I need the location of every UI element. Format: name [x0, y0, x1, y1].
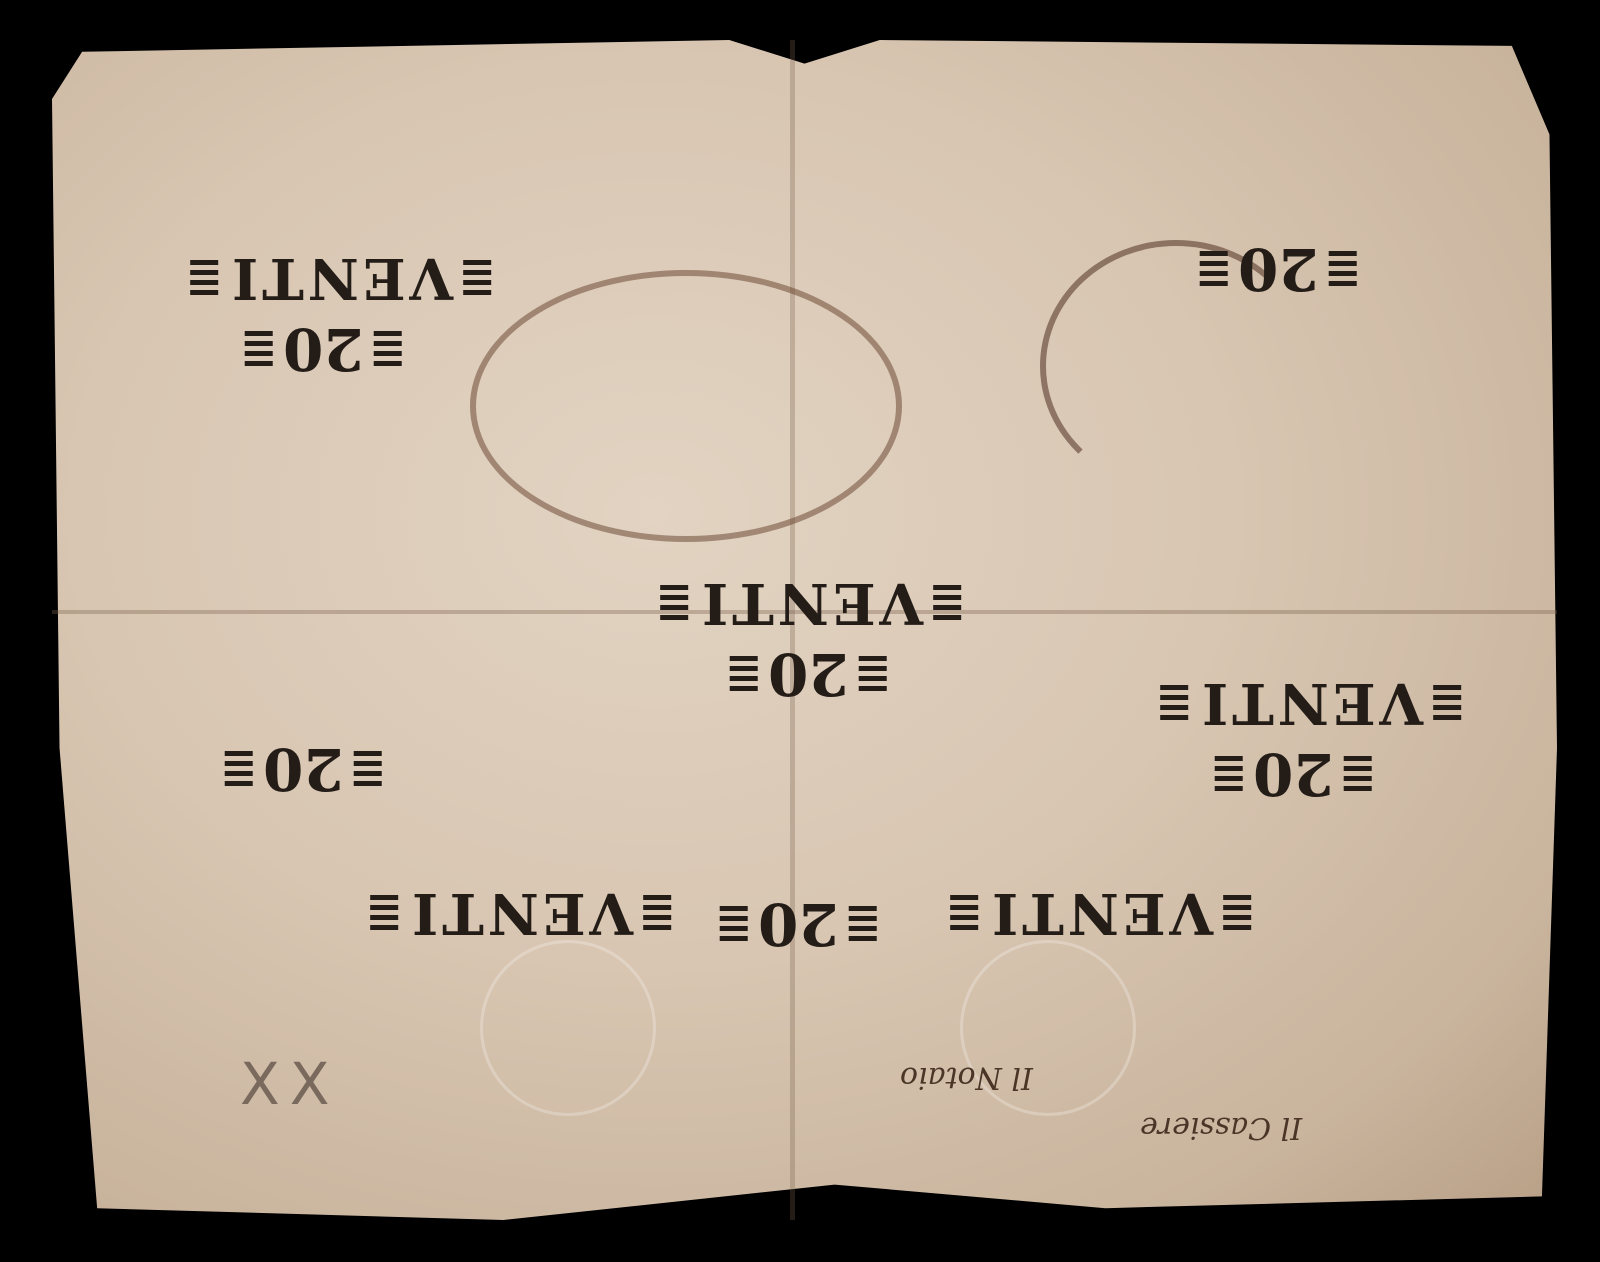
twenty-stamp: 20	[1215, 745, 1372, 803]
decorative-bars-icon	[1160, 686, 1188, 721]
decorative-bars-icon	[660, 586, 688, 621]
stamp-word: VENTI	[698, 575, 923, 631]
stamp-word: VENTI	[988, 885, 1213, 941]
ink-stain-swirl	[470, 270, 902, 542]
decorative-bars-icon	[950, 896, 978, 931]
decorative-bars-icon	[463, 261, 491, 296]
stamp-number: 20	[1253, 745, 1334, 803]
venti-stamp: VENTI	[1160, 675, 1461, 731]
venti-stamp: VENTI	[370, 885, 671, 941]
decorative-bars-icon	[720, 907, 748, 942]
handwritten-signature: Il Notaio	[900, 1060, 1033, 1095]
decorative-bars-icon	[1223, 896, 1251, 931]
stamp-word: VENTI	[228, 250, 453, 306]
decorative-bars-icon	[1329, 252, 1357, 287]
decorative-bars-icon	[245, 332, 273, 367]
xx-marks: XX	[240, 1050, 339, 1118]
decorative-bars-icon	[370, 896, 398, 931]
decorative-bars-icon	[1215, 757, 1243, 792]
decorative-bars-icon	[859, 657, 887, 692]
twenty-stamp: 20	[245, 320, 402, 378]
stamp-number: 20	[1238, 240, 1319, 298]
venti-stamp: VENTI	[660, 575, 961, 631]
venti-stamp: VENTI	[950, 885, 1251, 941]
decorative-bars-icon	[1344, 757, 1372, 792]
stamp-number: 20	[758, 895, 839, 953]
decorative-bars-icon	[1433, 686, 1461, 721]
stamp-number: 20	[768, 645, 849, 703]
twenty-stamp: 20	[225, 740, 382, 798]
decorative-bars-icon	[849, 907, 877, 942]
stamp-number: 20	[283, 320, 364, 378]
stamp-word: VENTI	[408, 885, 633, 941]
decorative-bars-icon	[374, 332, 402, 367]
embossed-seal-left	[480, 940, 656, 1116]
venti-stamp: VENTI	[190, 250, 491, 306]
decorative-bars-icon	[190, 261, 218, 296]
decorative-bars-icon	[933, 586, 961, 621]
stamp-word: VENTI	[1198, 675, 1423, 731]
decorative-bars-icon	[730, 657, 758, 692]
stamp-number: 20	[263, 740, 344, 798]
twenty-stamp: 20	[720, 895, 877, 953]
decorative-bars-icon	[643, 896, 671, 931]
twenty-stamp: 20	[730, 645, 887, 703]
decorative-bars-icon	[225, 752, 253, 787]
handwritten-signature: Il Cassiere	[1140, 1110, 1302, 1145]
decorative-bars-icon	[354, 752, 382, 787]
twenty-stamp: 20	[1200, 240, 1357, 298]
decorative-bars-icon	[1200, 252, 1228, 287]
